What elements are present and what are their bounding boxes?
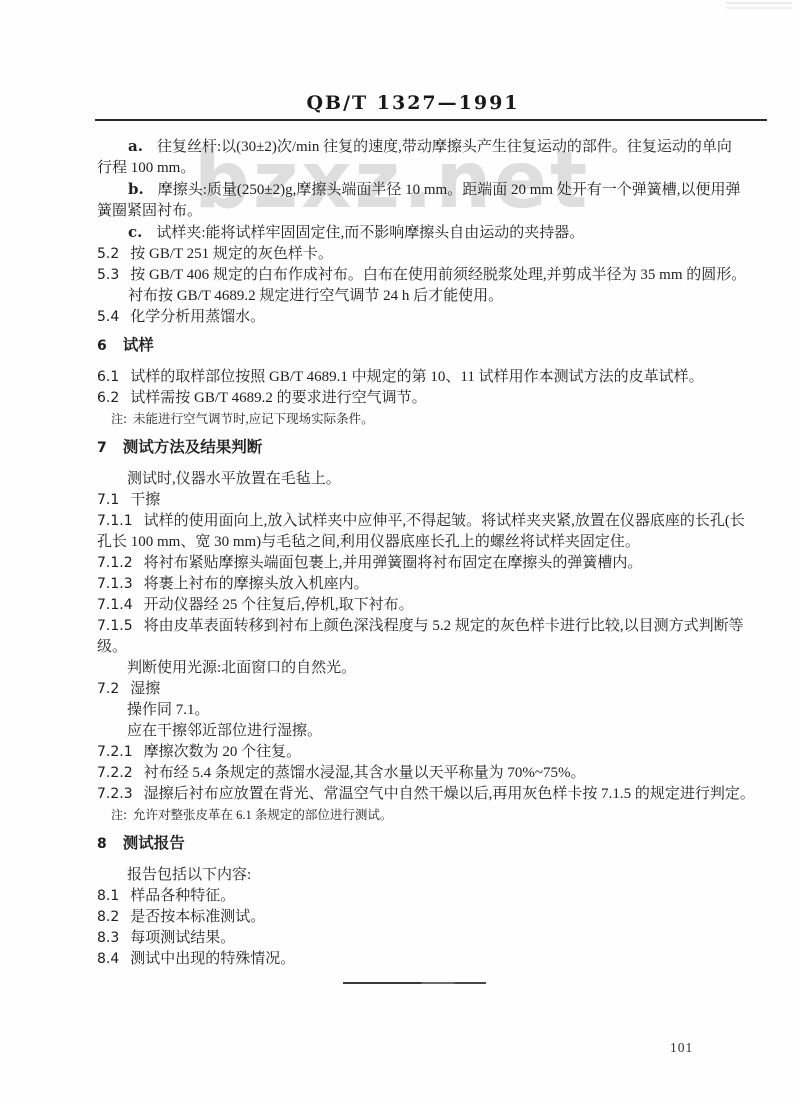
doc-line: 6.2试样需按 GB/T 4689.2 的要求进行空气调节。 xyxy=(97,388,778,409)
doc-line: 8.2是否按本标准测试。 xyxy=(97,907,778,928)
doc-line: 应在干擦邻近部位进行湿擦。 xyxy=(97,721,778,742)
document-body: a.往复丝杆:以(30±2)次/min 往复的速度,带动摩擦头产生往复运动的部件… xyxy=(97,136,778,984)
doc-line: 级。 xyxy=(97,637,778,658)
section-divider xyxy=(343,982,486,984)
doc-line: 测试时,仪器水平放置在毛毡上。 xyxy=(97,469,778,490)
doc-line: b.摩擦头:质量(250±2)g,摩擦头端面半径 10 mm。距端面 20 mm… xyxy=(97,179,778,201)
lines-host: a.往复丝杆:以(30±2)次/min 往复的速度,带动摩擦头产生往复运动的部件… xyxy=(97,136,778,970)
doc-line: 5.2按 GB/T 251 规定的灰色样卡。 xyxy=(97,244,778,265)
doc-line: 7.2湿擦 xyxy=(97,679,778,700)
clause-text: 湿擦后衬布应放置在背光、常温空气中自然干燥以后,再用灰色样卡按 7.1.5 的规… xyxy=(144,786,755,802)
clause-text: 测试方法及结果判断 xyxy=(123,439,263,456)
doc-line: 7.1.5将由皮革表面转移到衬布上颜色深浅程度与 5.2 规定的灰色样卡进行比较… xyxy=(97,616,778,637)
clause-text: 试样需按 GB/T 4689.2 的要求进行空气调节。 xyxy=(130,390,426,406)
doc-line: 注:允许对整张皮革在 6.1 条规定的部位进行测试。 xyxy=(97,805,778,826)
doc-line: 7.2.2衬布经 5.4 条规定的蒸馏水浸湿,其含水量以天平称量为 70%~75… xyxy=(97,763,778,784)
clause-number: a. xyxy=(128,136,143,157)
clause-text: 报告包括以下内容: xyxy=(127,867,251,883)
clause-text: 级。 xyxy=(97,639,127,655)
doc-line: 6试样 xyxy=(97,335,778,357)
header-rule xyxy=(95,119,767,121)
doc-line: a.往复丝杆:以(30±2)次/min 往复的速度,带动摩擦头产生往复运动的部件… xyxy=(97,136,778,158)
clause-text: 试样的取样部位按照 GB/T 4689.1 中规定的第 10、11 试样用作本测… xyxy=(130,369,703,385)
clause-text: 往复丝杆:以(30±2)次/min 往复的速度,带动摩擦头产生往复运动的部件。往… xyxy=(157,139,732,155)
doc-line: c.试样夹:能将试样牢固固定住,而不影响摩擦头自由运动的夹持器。 xyxy=(97,222,778,244)
clause-number: b. xyxy=(128,179,144,200)
clause-number: 7.1.4 xyxy=(97,595,133,616)
clause-number: 8 xyxy=(97,834,107,855)
doc-line: 报告包括以下内容: xyxy=(97,865,778,886)
doc-line: 7.1.4开动仪器经 25 个往复后,停机,取下衬布。 xyxy=(97,595,778,616)
clause-number: 7.1.2 xyxy=(97,553,133,574)
clause-text: 测试报告 xyxy=(123,835,185,852)
doc-line: 簧圈紧固衬布。 xyxy=(97,201,778,222)
clause-number: 7.2.3 xyxy=(97,784,133,805)
doc-line: 衬布按 GB/T 4689.2 规定进行空气调节 24 h 后才能使用。 xyxy=(97,286,778,307)
clause-text: 按 GB/T 406 规定的白布作成衬布。白布在使用前须经脱浆处理,并剪成半径为… xyxy=(130,267,746,283)
doc-line: 7.1.3将裹上衬布的摩擦头放入机座内。 xyxy=(97,574,778,595)
clause-number: 5.3 xyxy=(97,265,119,286)
clause-number: 注: xyxy=(111,805,127,826)
clause-number: 7.2 xyxy=(97,679,119,700)
doc-line: 8.3每项测试结果。 xyxy=(97,928,778,949)
clause-text: 按 GB/T 251 规定的灰色样卡。 xyxy=(130,246,333,262)
clause-text: 行程 100 mm。 xyxy=(97,160,195,176)
doc-line: 7.2.1摩擦次数为 20 个往复。 xyxy=(97,742,778,763)
clause-text: 簧圈紧固衬布。 xyxy=(97,203,202,219)
doc-line: 行程 100 mm。 xyxy=(97,158,778,179)
page-number: 101 xyxy=(670,1040,693,1056)
clause-number: 5.4 xyxy=(97,307,119,328)
clause-number: 7.1.1 xyxy=(97,511,133,532)
clause-text: 试样的使用面向上,放入试样夹中应伸平,不得起皱。将试样夹夹紧,放置在仪器底座的长… xyxy=(144,513,745,529)
clause-number: 6 xyxy=(97,336,107,357)
doc-line: 注:未能进行空气调节时,应记下现场实际条件。 xyxy=(97,409,778,430)
doc-line: 7.1.1试样的使用面向上,放入试样夹中应伸平,不得起皱。将试样夹夹紧,放置在仪… xyxy=(97,511,778,532)
scanned-page: bzxz.net QB/T 1327—1991 a.往复丝杆:以(30±2)次/… xyxy=(0,0,800,1103)
clause-text: 应在干擦邻近部位进行湿擦。 xyxy=(127,723,322,739)
clause-text: 干擦 xyxy=(130,492,160,508)
standard-code-header: QB/T 1327—1991 xyxy=(13,92,800,114)
doc-line: 7.1干擦 xyxy=(97,490,778,511)
doc-line: 操作同 7.1。 xyxy=(97,700,778,721)
doc-line: 7.2.3湿擦后衬布应放置在背光、常温空气中自然干燥以后,再用灰色样卡按 7.1… xyxy=(97,784,778,805)
clause-text: 将衬布紧贴摩擦头端面包裹上,并用弹簧圈将衬布固定在摩擦头的弹簧槽内。 xyxy=(144,555,643,571)
clause-text: 将由皮革表面转移到衬布上颜色深浅程度与 5.2 规定的灰色样卡进行比较,以目测方… xyxy=(144,618,744,634)
scan-corner-artifact xyxy=(726,2,792,11)
clause-number: 8.4 xyxy=(97,949,119,970)
clause-number: 5.2 xyxy=(97,244,119,265)
clause-text: 开动仪器经 25 个往复后,停机,取下衬布。 xyxy=(144,597,414,613)
clause-number: 8.1 xyxy=(97,886,119,907)
clause-text: 衬布经 5.4 条规定的蒸馏水浸湿,其含水量以天平称量为 70%~75%。 xyxy=(144,765,586,781)
clause-text: 测试中出现的特殊情况。 xyxy=(130,951,295,967)
doc-line: 7测试方法及结果判断 xyxy=(97,437,778,459)
doc-line: 5.4化学分析用蒸馏水。 xyxy=(97,307,778,328)
clause-text: 将裹上衬布的摩擦头放入机座内。 xyxy=(144,576,369,592)
clause-text: 测试时,仪器水平放置在毛毡上。 xyxy=(127,471,341,487)
clause-text: 操作同 7.1。 xyxy=(127,702,210,718)
clause-text: 试样夹:能将试样牢固固定住,而不影响摩擦头自由运动的夹持器。 xyxy=(156,225,584,241)
clause-text: 允许对整张皮革在 6.1 条规定的部位进行测试。 xyxy=(133,808,392,822)
clause-text: 摩擦次数为 20 个往复。 xyxy=(144,744,302,760)
doc-line: 8测试报告 xyxy=(97,833,778,855)
doc-line: 8.1样品各种特征。 xyxy=(97,886,778,907)
doc-line: 判断使用光源:北面窗口的自然光。 xyxy=(97,658,778,679)
doc-line: 5.3按 GB/T 406 规定的白布作成衬布。白布在使用前须经脱浆处理,并剪成… xyxy=(97,265,778,286)
clause-text: 是否按本标准测试。 xyxy=(130,909,265,925)
clause-number: 7.1.3 xyxy=(97,574,133,595)
clause-number: 注: xyxy=(111,409,127,430)
clause-text: 每项测试结果。 xyxy=(130,930,235,946)
clause-number: 8.3 xyxy=(97,928,119,949)
clause-text: 判断使用光源:北面窗口的自然光。 xyxy=(127,660,356,676)
clause-text: 孔长 100 mm、宽 30 mm)与毛毡之间,利用仪器底座长孔上的螺丝将试样夹… xyxy=(97,534,640,550)
clause-number: 7.2.2 xyxy=(97,763,133,784)
clause-number: 7.1 xyxy=(97,490,119,511)
clause-number: 7.1.5 xyxy=(97,616,133,637)
clause-text: 试样 xyxy=(123,337,154,354)
clause-text: 化学分析用蒸馏水。 xyxy=(130,309,265,325)
clause-number: c. xyxy=(128,222,142,243)
doc-line: 7.1.2将衬布紧贴摩擦头端面包裹上,并用弹簧圈将衬布固定在摩擦头的弹簧槽内。 xyxy=(97,553,778,574)
clause-text: 湿擦 xyxy=(130,681,160,697)
clause-number: 6.2 xyxy=(97,388,119,409)
doc-line: 6.1试样的取样部位按照 GB/T 4689.1 中规定的第 10、11 试样用… xyxy=(97,367,778,388)
clause-text: 未能进行空气调节时,应记下现场实际条件。 xyxy=(133,412,374,426)
doc-line: 孔长 100 mm、宽 30 mm)与毛毡之间,利用仪器底座长孔上的螺丝将试样夹… xyxy=(97,532,778,553)
clause-number: 6.1 xyxy=(97,367,119,388)
doc-line: 8.4测试中出现的特殊情况。 xyxy=(97,949,778,970)
clause-text: 样品各种特征。 xyxy=(130,888,235,904)
clause-number: 8.2 xyxy=(97,907,119,928)
clause-text: 摩擦头:质量(250±2)g,摩擦头端面半径 10 mm。距端面 20 mm 处… xyxy=(158,182,741,198)
clause-number: 7 xyxy=(97,438,107,459)
clause-number: 7.2.1 xyxy=(97,742,133,763)
clause-text: 衬布按 GB/T 4689.2 规定进行空气调节 24 h 后才能使用。 xyxy=(128,288,503,304)
